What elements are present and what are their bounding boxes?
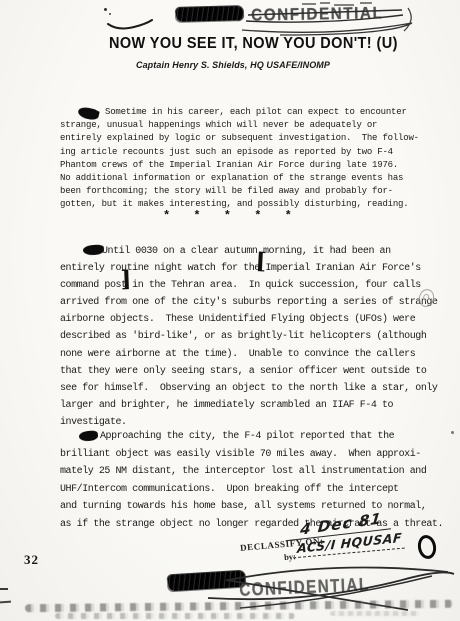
page-title: NOW YOU SEE IT, NOW YOU DON'T! (U) (109, 35, 349, 52)
paragraph-1: Sometime in his career, each pilot can e… (60, 106, 419, 212)
scan-noise-line (55, 613, 295, 619)
handwritten-bracket-close: ] (120, 267, 132, 289)
scanned-document-page: { "stamps": { "top_classification": "CON… (0, 0, 460, 621)
byline: Captain Henry S. Shields, HQ USAFE/INOMP (133, 60, 333, 70)
secret-redaction-scribble-top (176, 6, 243, 22)
edge-tick-mark (0, 588, 8, 590)
paragraph-2: Until 0030 on a clear autumn morning, it… (60, 243, 437, 431)
page-number: 32 (24, 552, 39, 568)
edge-tick-mark (0, 601, 11, 604)
handwritten-bracket-open: [ (255, 249, 267, 272)
margin-curve-mark (100, 10, 160, 34)
scan-noise-line (330, 611, 420, 616)
strike-marks-top (240, 0, 440, 40)
speck-mark (451, 431, 454, 434)
separator-asterisks: * * * * * (163, 209, 292, 223)
